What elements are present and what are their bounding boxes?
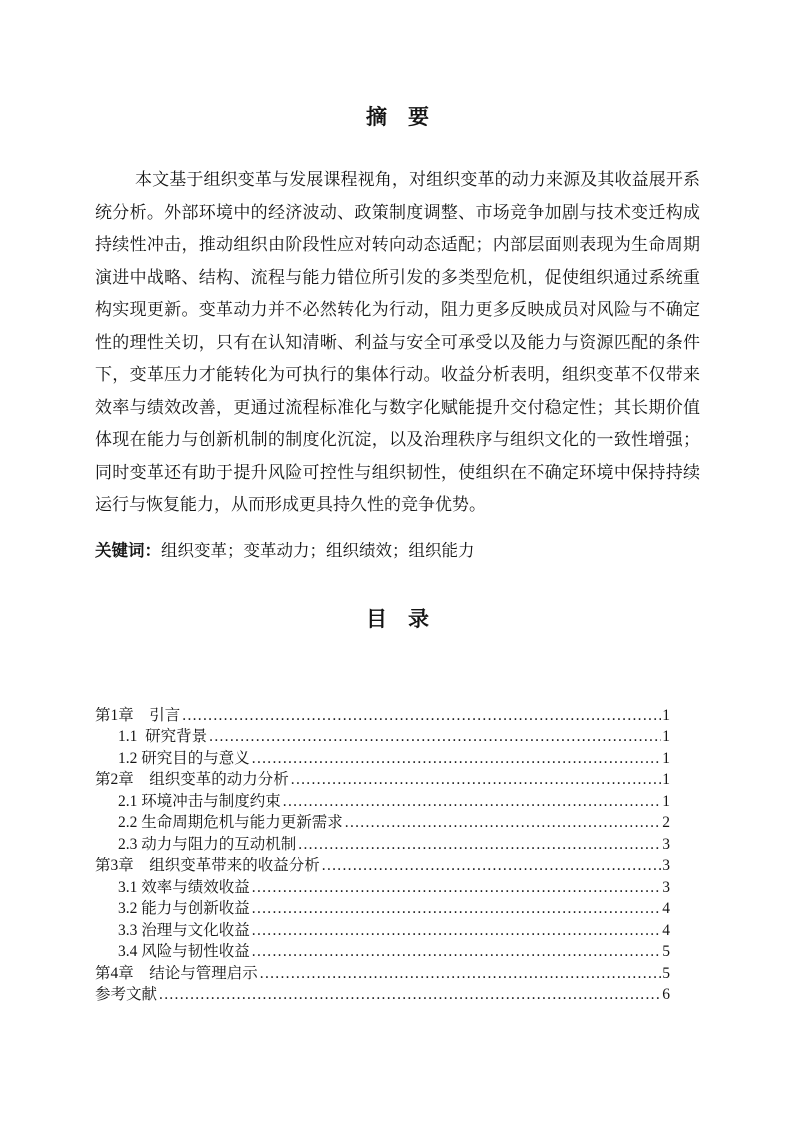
toc-entry: 第3章 组织变革带来的收益分析.........................… [95,855,670,877]
keywords-label: 关键词： [95,541,161,560]
toc-entry-label: 第2章 组织变革的动力分析 [95,769,289,791]
toc-entry: 1.1 研究背景................................… [95,726,670,748]
toc-page-number: 3 [662,855,670,877]
toc-entry: 3.2 能力与创新收益.............................… [95,898,670,920]
toc-entry-label: 1.2 研究目的与意义 [118,748,250,770]
toc-dots-leader: ........................................… [345,812,661,834]
toc-entry-label: 1.1 研究背景 [118,726,207,748]
toc-dots-leader: ........................................… [298,834,661,856]
document-page: 摘 要 本文基于组织变革与发展课程视角，对组织变革的动力来源及其收益展开系统分析… [0,0,793,1122]
toc-entry: 1.2 研究目的与意义.............................… [95,748,670,770]
toc-entry: 参考文献....................................… [95,984,670,1006]
toc-page-number: 1 [662,705,670,727]
abstract-paragraph: 本文基于组织变革与发展课程视角，对组织变革的动力来源及其收益展开系统分析。外部环… [95,164,700,522]
keywords-text: 组织变革；变革动力；组织绩效；组织能力 [161,541,475,560]
toc-entry-label: 参考文献 [95,984,157,1006]
toc-page-number: 1 [662,726,670,748]
toc-entry-label: 2.3 动力与阻力的互动机制 [118,834,296,856]
toc-entry: 2.3 动力与阻力的互动机制..........................… [95,834,670,856]
toc-dots-leader: ........................................… [252,877,661,899]
toc-dots-leader: ........................................… [283,791,661,813]
toc-page-number: 6 [662,984,670,1006]
toc-page-number: 5 [662,963,670,985]
toc-dots-leader: ........................................… [252,898,661,920]
toc-entry: 2.1 环境冲击与制度约束...........................… [95,791,670,813]
toc-entry-label: 2.1 环境冲击与制度约束 [118,791,281,813]
toc-entry-label: 第3章 组织变革带来的收益分析 [95,855,320,877]
toc-page-number: 2 [662,812,670,834]
toc-entry: 3.3 治理与文化收益.............................… [95,920,670,942]
toc-dots-leader: ........................................… [322,855,661,877]
toc-entry: 2.2 生命周期危机与能力更新需求.......................… [95,812,670,834]
toc-entry-label: 3.2 能力与创新收益 [118,898,250,920]
toc-dots-leader: ........................................… [291,769,661,791]
toc-entry-label: 3.1 效率与绩效收益 [118,877,250,899]
toc-page-number: 1 [662,748,670,770]
toc-entry: 3.4 风险与韧性收益.............................… [95,941,670,963]
toc-entry-label: 3.4 风险与韧性收益 [118,941,250,963]
toc-page-number: 3 [662,877,670,899]
toc-page-number: 3 [662,834,670,856]
toc-title: 目 录 [95,606,700,632]
toc-dots-leader: ........................................… [159,984,661,1006]
abstract-title: 摘 要 [95,104,700,130]
toc-page-number: 4 [662,898,670,920]
toc-entry: 第4章 结论与管理启示.............................… [95,963,670,985]
toc-dots-leader: ........................................… [209,726,661,748]
toc-dots-leader: ........................................… [252,920,661,942]
toc-entry-label: 3.3 治理与文化收益 [118,920,250,942]
toc-page-number: 1 [662,769,670,791]
toc-dots-leader: ........................................… [252,941,661,963]
toc-entry: 第1章 引言..................................… [95,705,670,727]
toc-entry-label: 第4章 结论与管理启示 [95,963,258,985]
toc-page-number: 4 [662,920,670,942]
toc-dots-leader: ........................................… [182,705,661,727]
toc-entry-label: 2.2 生命周期危机与能力更新需求 [118,812,343,834]
toc-dots-leader: ........................................… [260,963,661,985]
toc-dots-leader: ........................................… [252,748,661,770]
keywords-line: 关键词：组织变革；变革动力；组织绩效；组织能力 [95,538,700,564]
toc-entry: 3.1 效率与绩效收益.............................… [95,877,670,899]
toc-list: 第1章 引言..................................… [95,705,670,1006]
toc-entry: 第2章 组织变革的动力分析...........................… [95,769,670,791]
toc-page-number: 5 [662,941,670,963]
toc-page-number: 1 [662,791,670,813]
toc-entry-label: 第1章 引言 [95,705,180,727]
